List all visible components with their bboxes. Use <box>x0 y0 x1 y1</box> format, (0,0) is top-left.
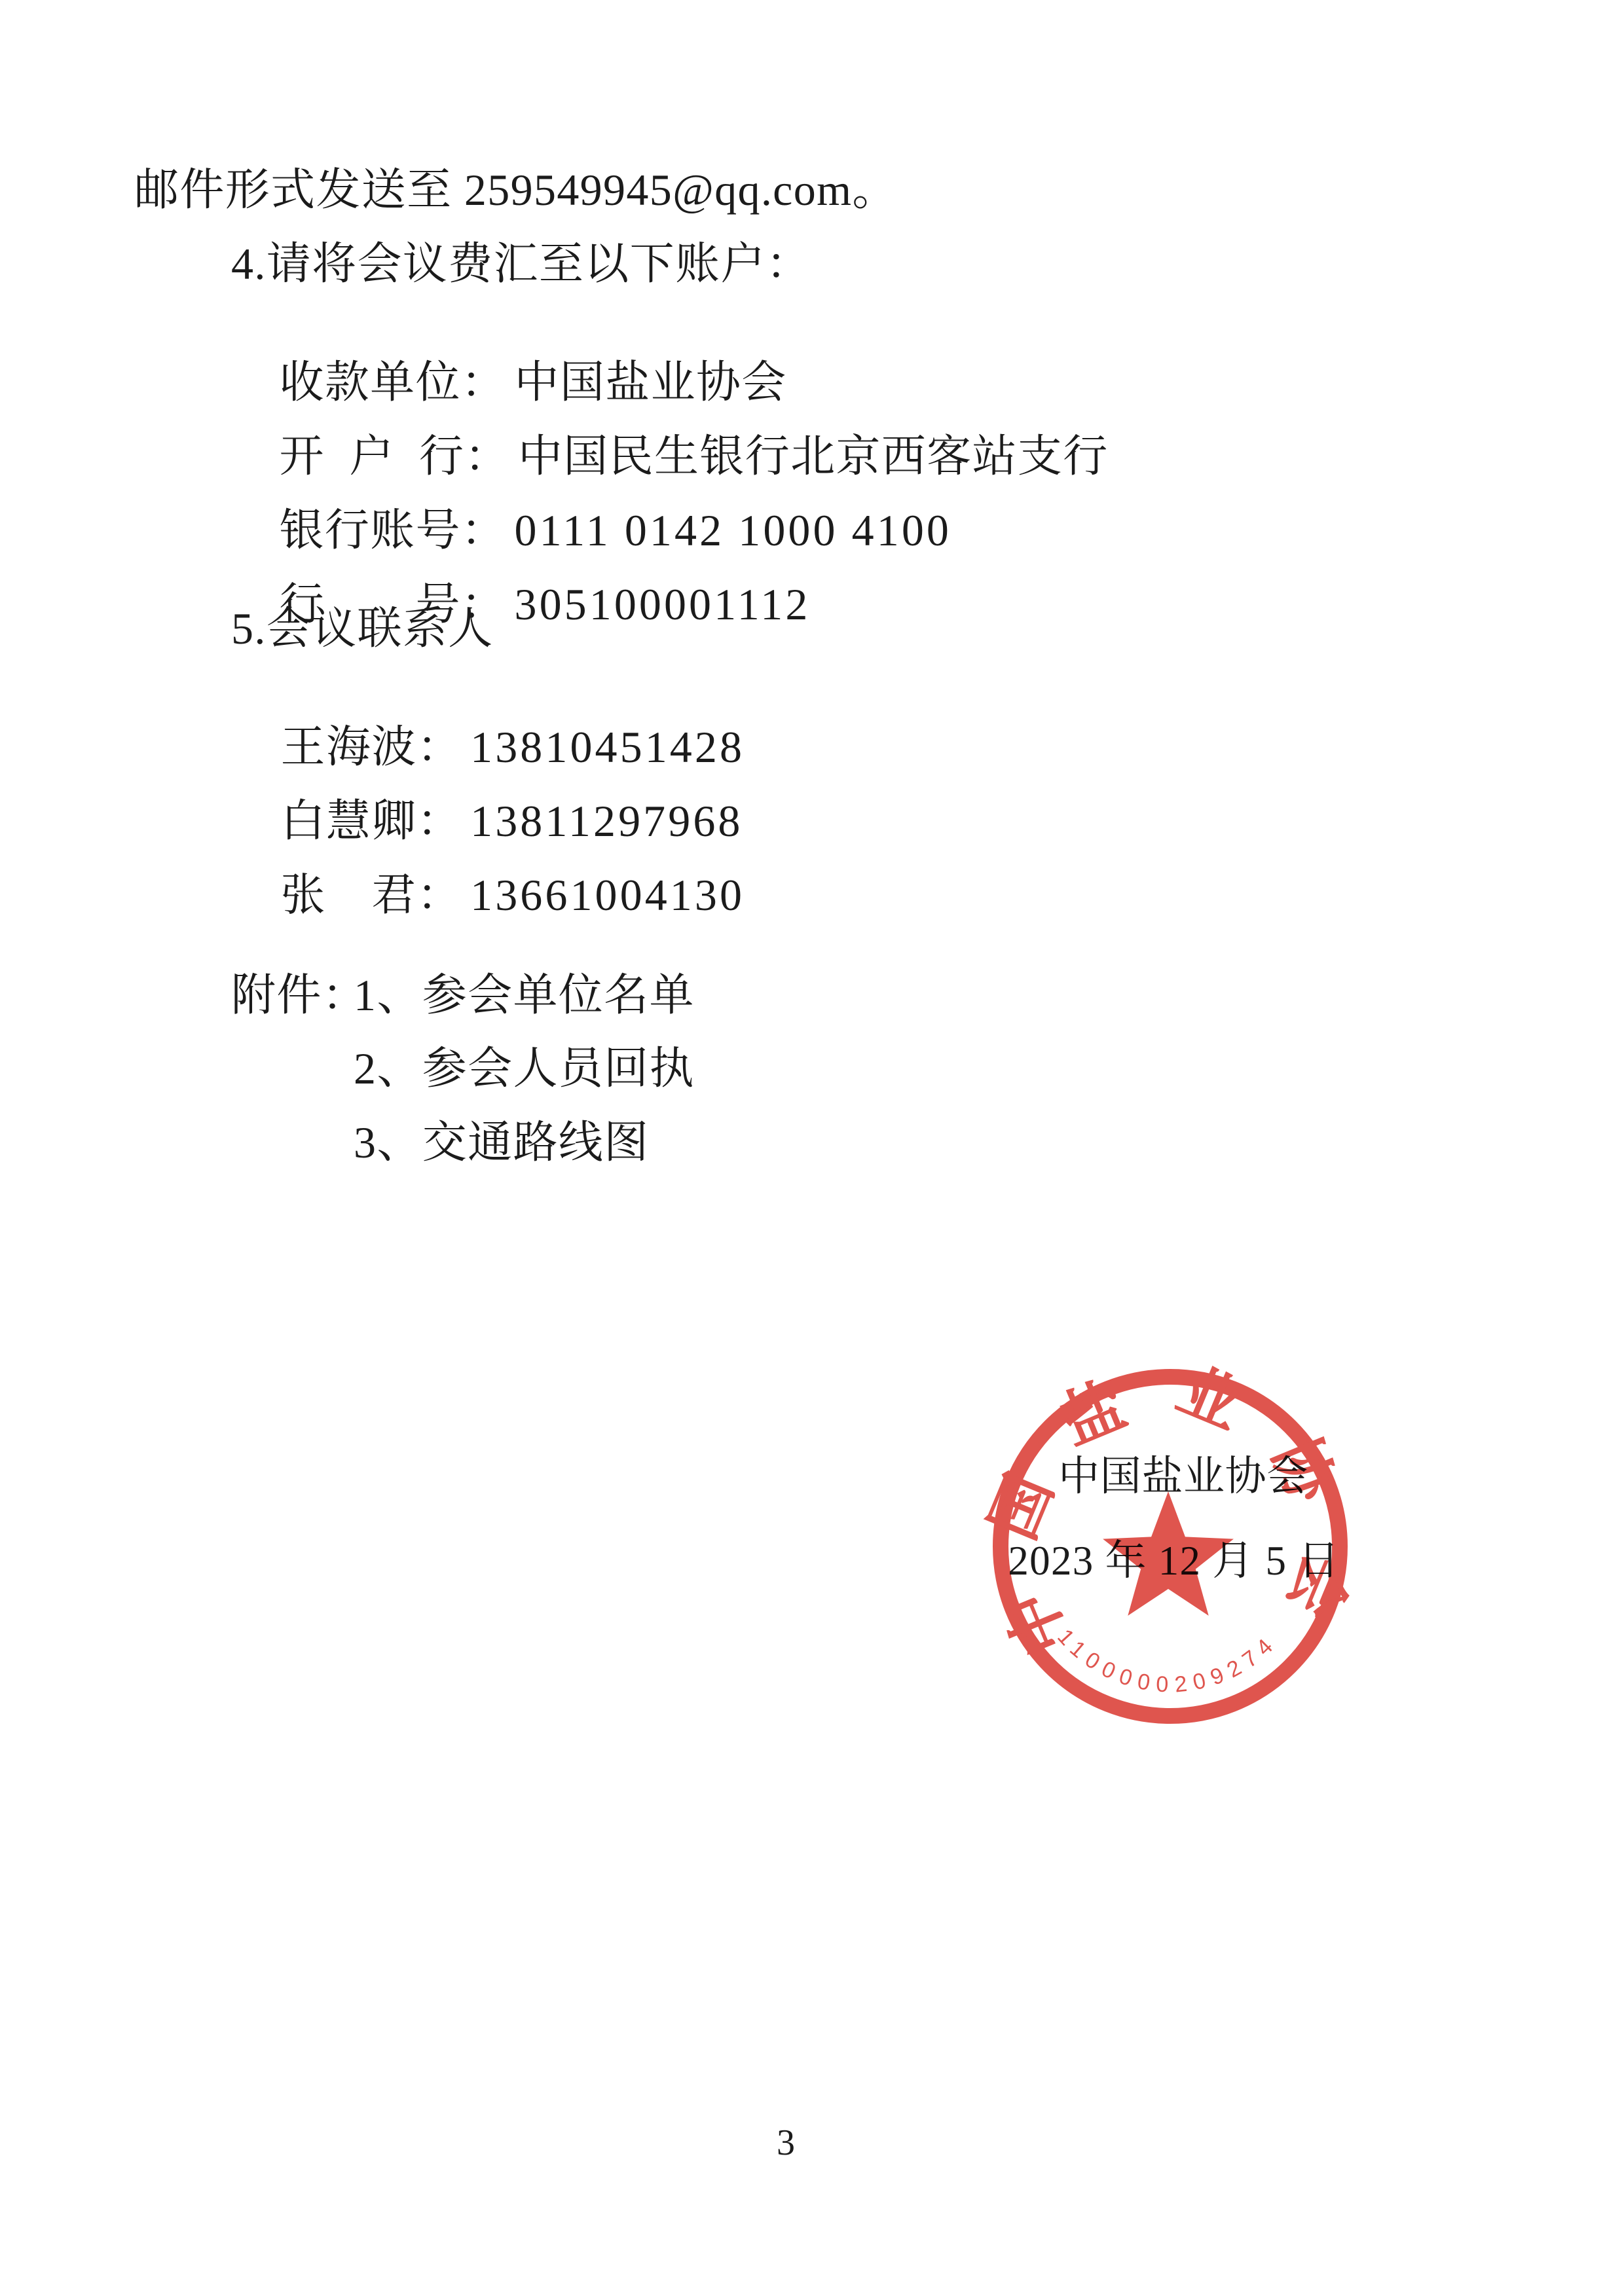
contact-phone: 13661004130 <box>470 870 745 920</box>
page-number: 3 <box>777 2124 795 2161</box>
contacts-heading: 5.会议联系人 <box>231 606 494 651</box>
document-page: 邮件形式发送至 259549945@qq.com。 4.请将会议费汇至以下账户：… <box>0 0 1624 2296</box>
attachment-item: 1、参会单位名单 <box>354 973 695 1017</box>
attachments-label: 附件： <box>231 973 367 1017</box>
contact-name: 张 君： <box>280 870 462 920</box>
contact-row: 张 君：13661004130 <box>232 828 745 962</box>
star-icon <box>1103 1491 1234 1616</box>
intro-line: 邮件形式发送至 259549945@qq.com。 <box>134 168 898 212</box>
attachment-item: 2、参会人员回执 <box>354 1046 695 1091</box>
attachment-item: 3、交通路线图 <box>354 1120 650 1165</box>
bank-number-value: 305100001112 <box>515 579 811 629</box>
payment-heading: 4.请将会议费汇至以下账户： <box>231 242 811 286</box>
official-seal: 中国盐业协会 1100000209274 <box>982 1358 1362 1738</box>
